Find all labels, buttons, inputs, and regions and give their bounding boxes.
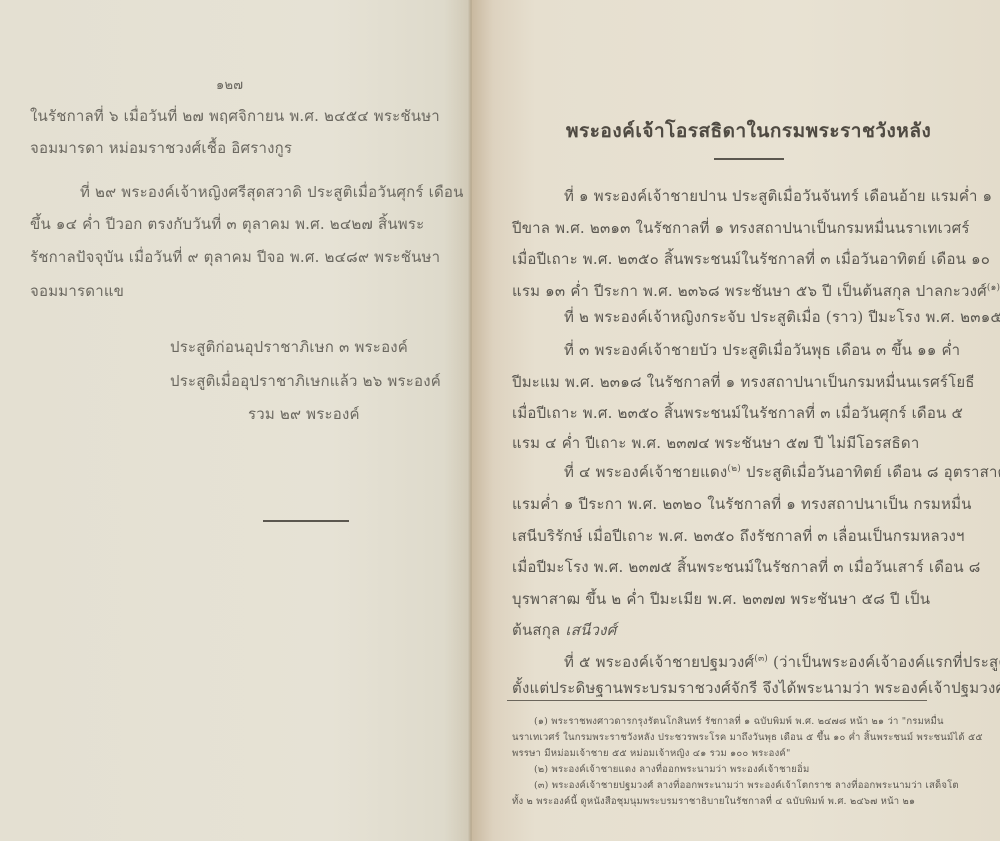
text-line: บุรพาสาฒ ขึ้น ๒ ค่ำ ปีมะเมีย พ.ศ. ๒๓๗๗ พ…	[512, 587, 930, 611]
text-line: เสนีบริรักษ์ เมื่อปีเถาะ พ.ศ. ๒๓๕๐ ถึงรั…	[512, 524, 965, 548]
text-line: แรม ๔ ค่ำ ปีเถาะ พ.ศ. ๒๓๗๔ พระชันษา ๕๗ ป…	[512, 431, 919, 455]
footnote: พรรษา มีหม่อมเจ้าชาย ๕๕ หม่อมเจ้าหญิง ๔๑…	[512, 746, 791, 761]
text-line: ที่ ๑ พระองค์เจ้าชายปาน ประสูติเมื่อวันจ…	[564, 184, 992, 208]
text-line: ปีมะแม พ.ศ. ๒๓๑๘ ในรัชกาลที่ ๑ ทรงสถาปนา…	[512, 370, 975, 394]
surname: เสนีวงศ์	[565, 621, 616, 639]
text-line: แรมค่ำ ๑ ปีระกา พ.ศ. ๒๓๒๐ ในรัชกาลที่ ๑ …	[512, 492, 972, 516]
left-page: ๑๒๗ ในรัชกาลที่ ๖ เมื่อวันที่ ๒๗ พฤศจิกา…	[0, 0, 472, 841]
footnote: นราเทเวศร์ ในกรมพระราชวังหลัง ประชวรพระโ…	[512, 730, 983, 745]
summary-line: ประสูติเมื่ออุปราชาภิเษกแล้ว ๒๖ พระองค์	[170, 369, 441, 393]
text-line: แรม ๑๓ ค่ำ ปีระกา พ.ศ. ๒๓๖๘ พระชันษา ๕๖ …	[512, 279, 1000, 303]
right-page: พระองค์เจ้าโอรสธิดาในกรมพระราชวังหลัง ที…	[472, 0, 1000, 841]
footnote: ทั้ง ๒ พระองค์นี้ ดูหนังสือชุมนุมพระบรมร…	[512, 794, 915, 809]
page-number: ๑๒๗	[216, 74, 243, 95]
footnote: (๑) พระราชพงศาวดารกรุงรัตนโกสินทร์ รัชกา…	[534, 714, 944, 729]
text-line: รัชกาลปัจจุบัน เมื่อวันที่ ๙ ตุลาคม ปีจอ…	[30, 245, 440, 269]
footnote: (๓) พระองค์เจ้าชายปฐมวงศ์ ลางที่ออกพระนา…	[534, 778, 959, 793]
text-line: ที่ ๓ พระองค์เจ้าชายบัว ประสูติเมื่อวันพ…	[564, 338, 960, 362]
text-line: ต้นสกุล เสนีวงศ์	[512, 618, 616, 642]
text-line: ในรัชกาลที่ ๖ เมื่อวันที่ ๒๗ พฤศจิกายน พ…	[30, 104, 440, 128]
text-line: ที่ ๕ พระองค์เจ้าชายปฐมวงศ์(๓) (ว่าเป็นพ…	[564, 650, 1000, 674]
text-line: เมื่อปีเถาะ พ.ศ. ๒๓๕๐ สิ้นพระชนม์ในรัชกา…	[512, 247, 990, 271]
title-divider	[714, 158, 784, 160]
text-line: เมื่อปีมะโรง พ.ศ. ๒๓๗๕ สิ้นพระชนม์ในรัชก…	[512, 555, 981, 579]
footnote-divider	[507, 700, 927, 701]
text-line: ที่ ๒ พระองค์เจ้าหญิงกระจับ ประสูติเมื่อ…	[564, 305, 1000, 329]
text-line: ตั้งแต่ประดิษฐานพระบรมราชวงศ์จักรี จึงได…	[512, 676, 1000, 700]
summary-line: ประสูติก่อนอุปราชาภิเษก ๓ พระองค์	[170, 335, 408, 359]
text-line: จอมมารดาแข	[30, 279, 124, 303]
section-divider	[263, 520, 349, 522]
text-line: เมื่อปีเถาะ พ.ศ. ๒๓๕๐ สิ้นพระชนม์ในรัชกา…	[512, 401, 963, 425]
text-line: ที่ ๒๙ พระองค์เจ้าหญิงศรีสุดสวาดิ ประสูต…	[80, 180, 464, 204]
chapter-title: พระองค์เจ้าโอรสธิดาในกรมพระราชวังหลัง	[566, 116, 931, 146]
summary-total: รวม ๒๙ พระองค์	[248, 402, 360, 426]
text-line: จอมมารดา หม่อมราชวงศ์เชื้อ อิศรางกูร	[30, 136, 292, 160]
text-line: ที่ ๔ พระองค์เจ้าชายแดง(๒) ประสูติเมื่อว…	[564, 460, 1000, 484]
text-line: ปีขาล พ.ศ. ๒๓๑๓ ในรัชกาลที่ ๑ ทรงสถาปนาเ…	[512, 216, 970, 240]
footnote: (๒) พระองค์เจ้าชายแดง ลางที่ออกพระนามว่า…	[534, 762, 809, 777]
text-line: ขึ้น ๑๔ ค่ำ ปีวอก ตรงกับวันที่ ๓ ตุลาคม …	[30, 212, 424, 236]
